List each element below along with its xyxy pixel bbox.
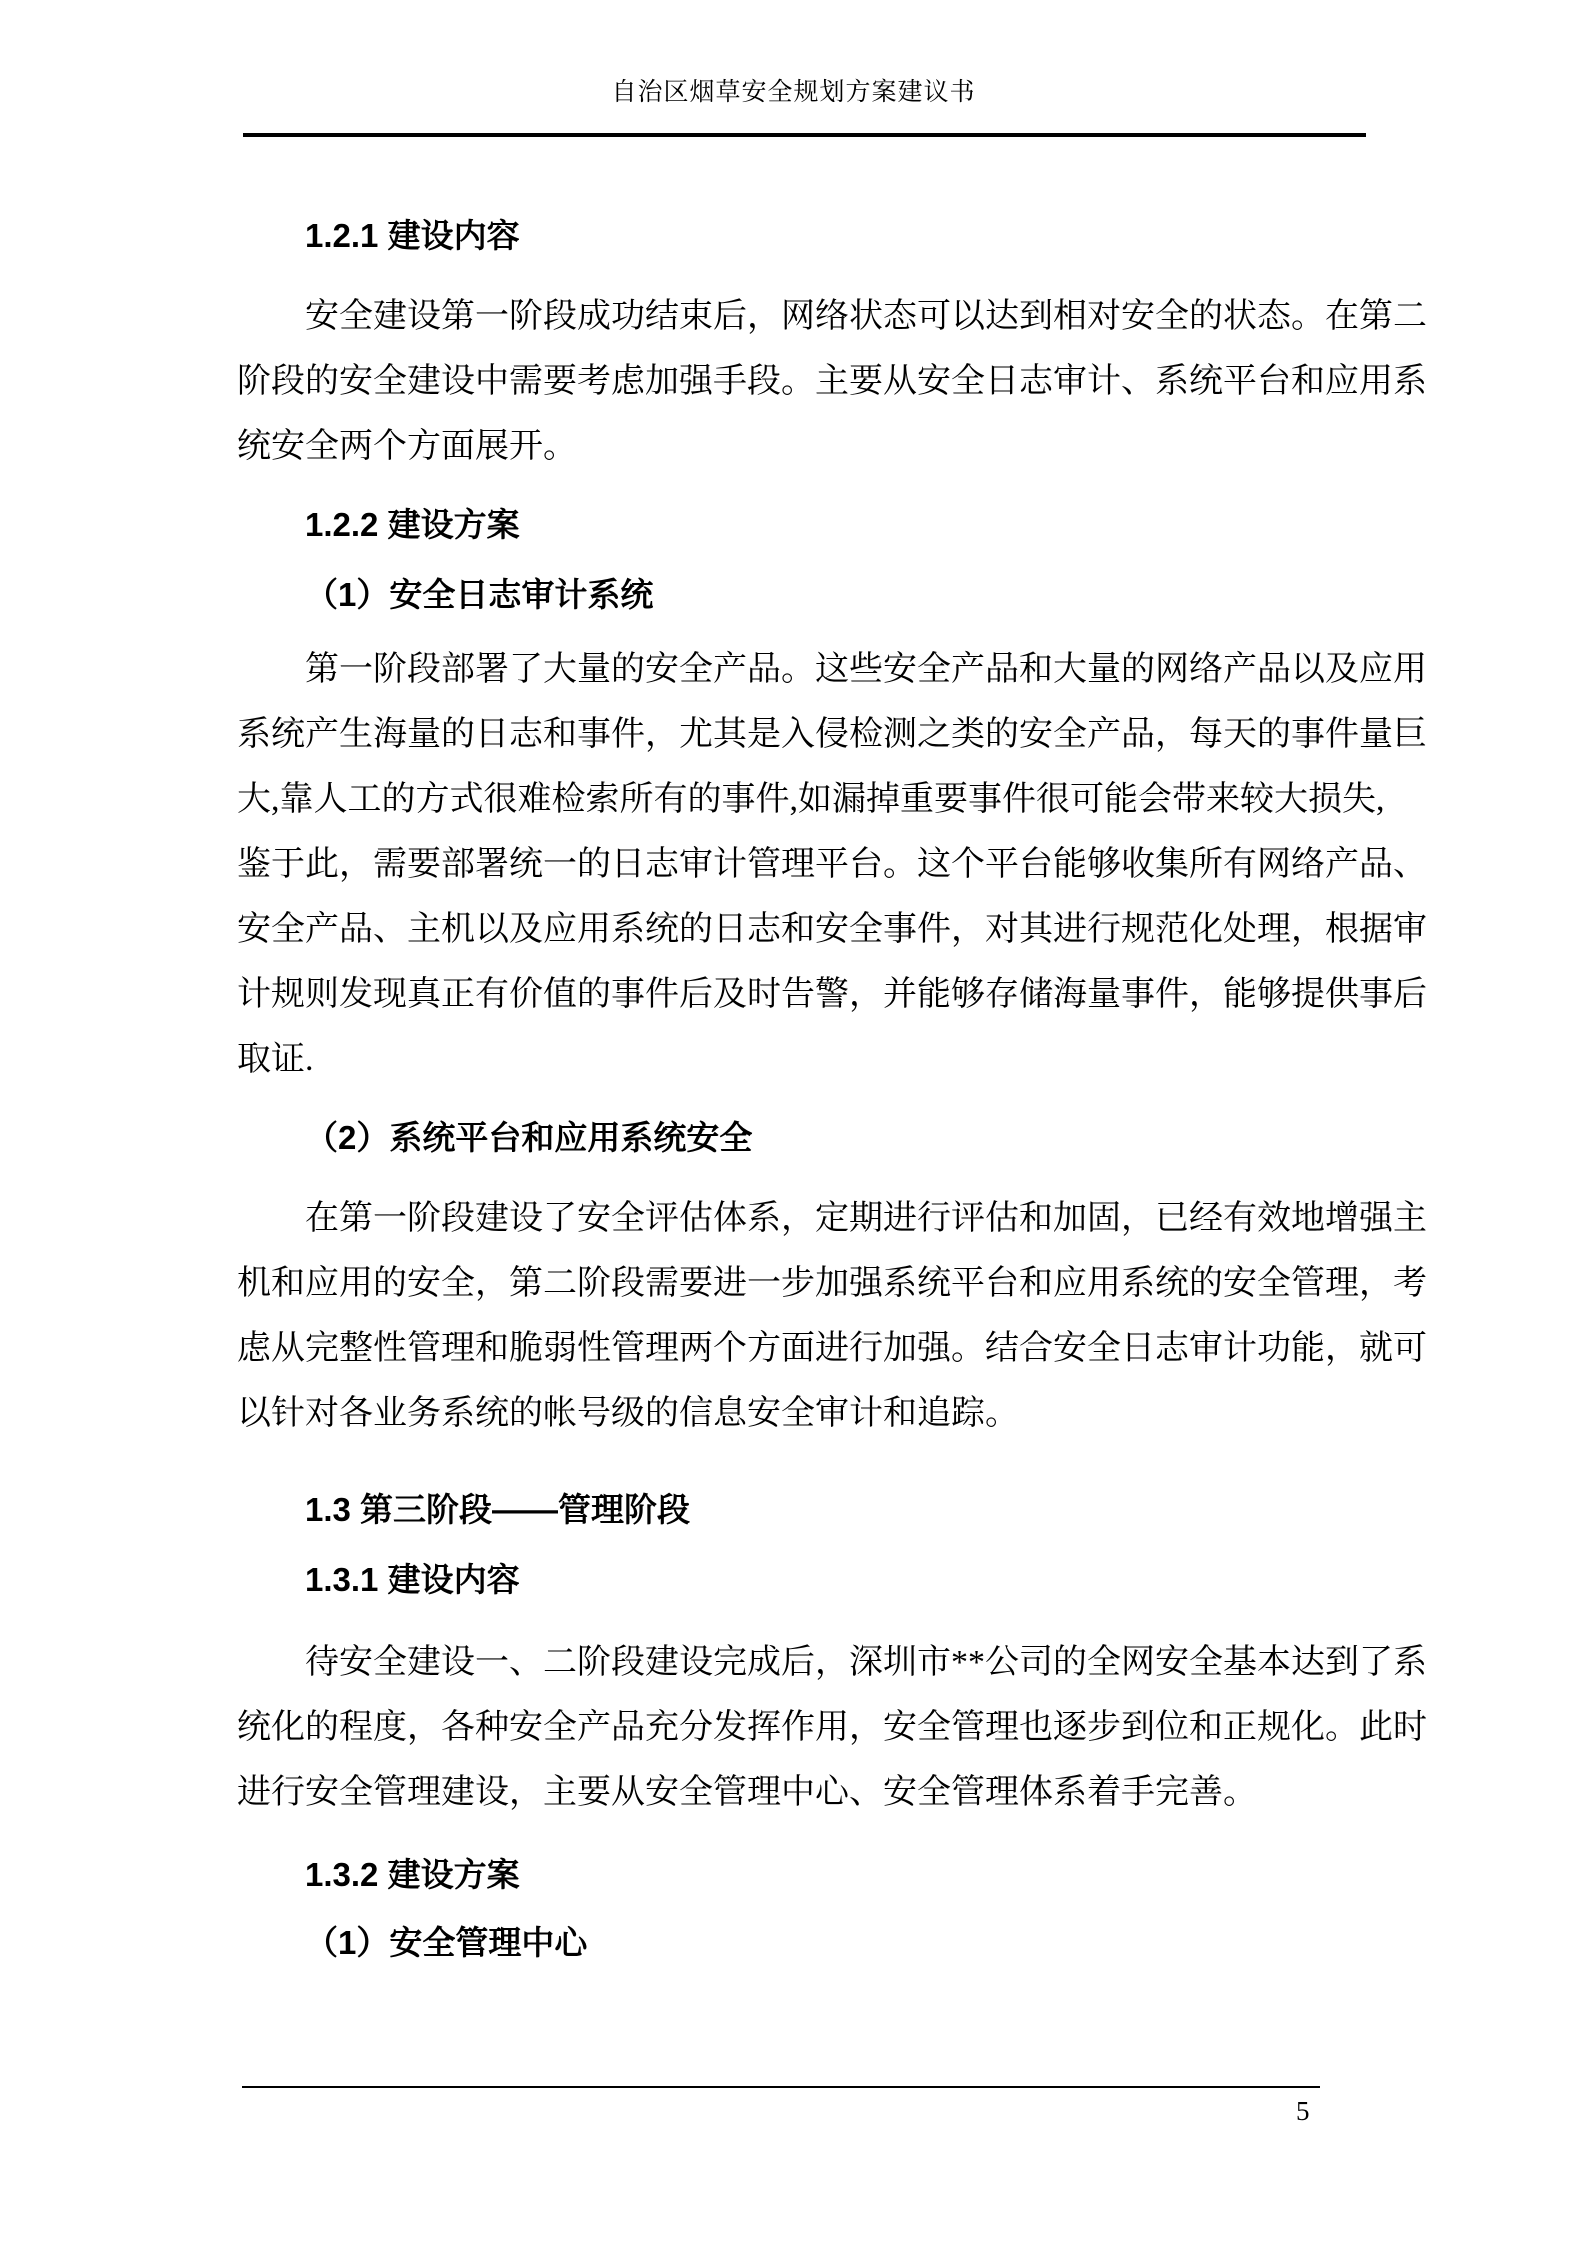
paragraph-line: 安全建设第一阶段成功结束后，网络状态可以达到相对安全的状态。在第二 xyxy=(237,284,1368,349)
paragraph-line: 计规则发现真正有价值的事件后及时告警，并能够存储海量事件，能够提供事后 xyxy=(237,962,1368,1027)
document-page: 自治区烟草安全规划方案建议书 1.2.1 建设内容安全建设第一阶段成功结束后，网… xyxy=(0,0,1587,2245)
paragraph-line: 取证. xyxy=(237,1027,1368,1092)
paragraph-line: 安全产品、主机以及应用系统的日志和安全事件，对其进行规范化处理，根据审 xyxy=(237,897,1368,962)
paragraph-line: 进行安全管理建设，主要从安全管理中心、安全管理体系着手完善。 xyxy=(237,1760,1368,1825)
section-heading: 1.3 第三阶段——管理阶段 xyxy=(237,1490,1368,1530)
paragraph: 第一阶段部署了大量的安全产品。这些安全产品和大量的网络产品以及应用系统产生海量的… xyxy=(237,637,1368,1092)
sub-section-heading: （1）安全管理中心 xyxy=(237,1923,1368,1963)
paragraph-line: 大,靠人工的方式很难检索所有的事件,如漏掉重要事件很可能会带来较大损失, xyxy=(237,767,1368,832)
section-heading: 1.3.2 建设方案 xyxy=(237,1855,1368,1895)
paragraph-line: 鉴于此，需要部署统一的日志审计管理平台。这个平台能够收集所有网络产品、 xyxy=(237,832,1368,897)
page-header-title: 自治区烟草安全规划方案建议书 xyxy=(0,72,1587,108)
paragraph: 在第一阶段建设了安全评估体系，定期进行评估和加固，已经有效地增强主机和应用的安全… xyxy=(237,1186,1368,1446)
section-heading: 1.2.1 建设内容 xyxy=(237,216,1368,256)
header-rule xyxy=(243,133,1366,137)
document-body: 1.2.1 建设内容安全建设第一阶段成功结束后，网络状态可以达到相对安全的状态。… xyxy=(237,200,1368,1991)
paragraph-line: 在第一阶段建设了安全评估体系，定期进行评估和加固，已经有效地增强主 xyxy=(237,1186,1368,1251)
paragraph-line: 机和应用的安全，第二阶段需要进一步加强系统平台和应用系统的安全管理，考 xyxy=(237,1251,1368,1316)
page-number: 5 xyxy=(1296,2096,1310,2127)
paragraph-line: 阶段的安全建设中需要考虑加强手段。主要从安全日志审计、系统平台和应用系 xyxy=(237,349,1368,414)
paragraph-line: 虑从完整性管理和脆弱性管理两个方面进行加强。结合安全日志审计功能，就可 xyxy=(237,1316,1368,1381)
sub-section-heading: （2）系统平台和应用系统安全 xyxy=(237,1118,1368,1158)
paragraph-line: 统安全两个方面展开。 xyxy=(237,414,1368,479)
paragraph: 安全建设第一阶段成功结束后，网络状态可以达到相对安全的状态。在第二阶段的安全建设… xyxy=(237,284,1368,479)
paragraph-line: 以针对各业务系统的帐号级的信息安全审计和追踪。 xyxy=(237,1381,1368,1446)
paragraph-line: 系统产生海量的日志和事件，尤其是入侵检测之类的安全产品，每天的事件量巨 xyxy=(237,702,1368,767)
paragraph-line: 统化的程度，各种安全产品充分发挥作用，安全管理也逐步到位和正规化。此时 xyxy=(237,1695,1368,1760)
paragraph-line: 第一阶段部署了大量的安全产品。这些安全产品和大量的网络产品以及应用 xyxy=(237,637,1368,702)
paragraph-line: 待安全建设一、二阶段建设完成后，深圳市**公司的全网安全基本达到了系 xyxy=(237,1630,1368,1695)
paragraph: 待安全建设一、二阶段建设完成后，深圳市**公司的全网安全基本达到了系统化的程度，… xyxy=(237,1630,1368,1825)
footer-rule xyxy=(242,2086,1320,2088)
section-heading: 1.3.1 建设内容 xyxy=(237,1560,1368,1600)
section-heading: 1.2.2 建设方案 xyxy=(237,505,1368,545)
sub-section-heading: （1）安全日志审计系统 xyxy=(237,575,1368,615)
